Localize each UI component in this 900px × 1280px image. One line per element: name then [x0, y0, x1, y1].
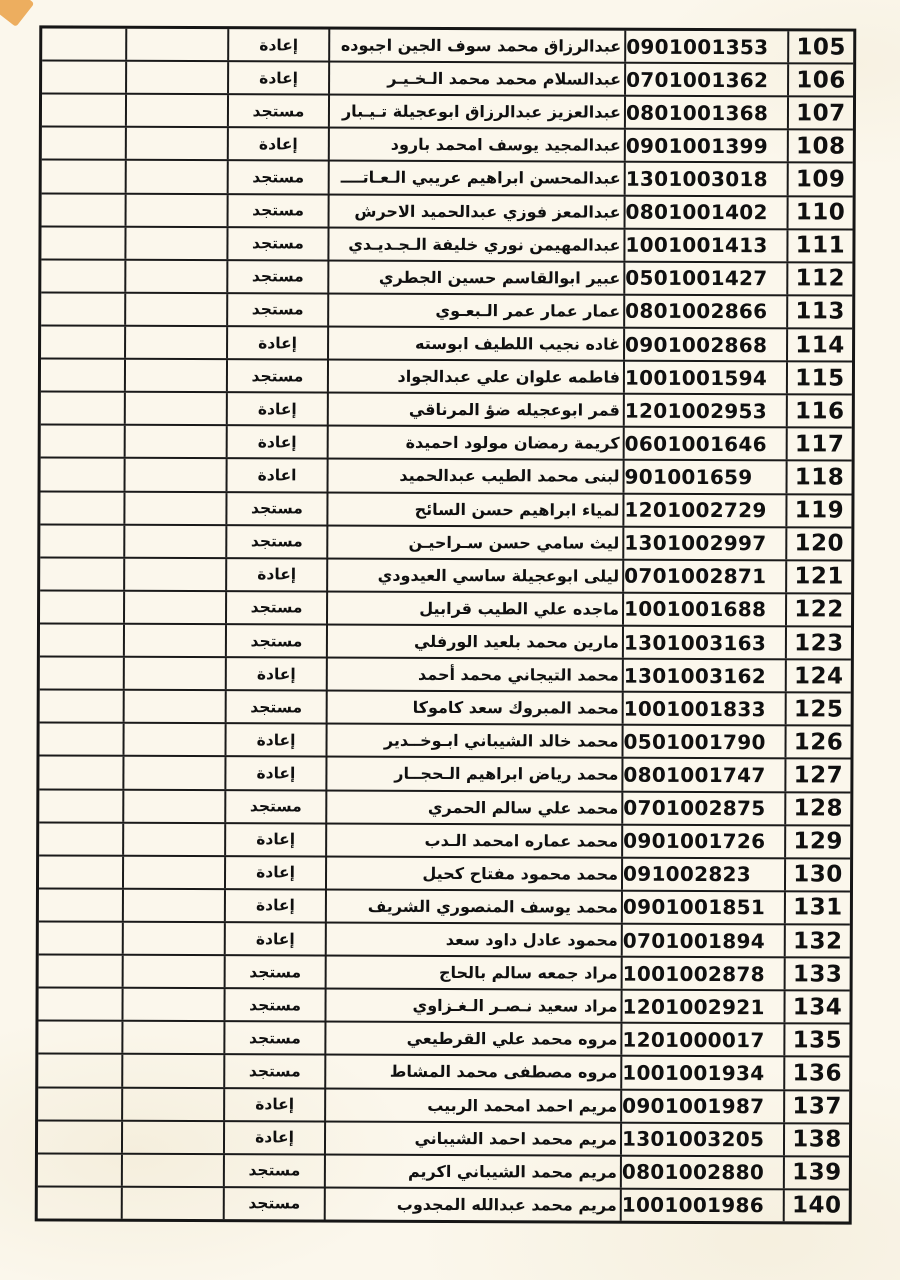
- empty-cell: [38, 1055, 121, 1086]
- status-cell: إعادة: [224, 758, 325, 789]
- id-number-cell: 0901001399: [624, 130, 787, 162]
- empty-cell: [125, 95, 227, 127]
- serial-number-cell: 131: [784, 892, 850, 923]
- empty-cell: [124, 426, 226, 458]
- empty-cell: [39, 790, 122, 821]
- name-cell: عبدالمجيد يوسف امحمد بارود: [328, 129, 624, 161]
- empty-cell: [41, 393, 124, 424]
- empty-cell: [121, 1022, 223, 1054]
- id-number-cell: 0701002875: [621, 792, 784, 824]
- empty-cell: [41, 360, 124, 391]
- serial-number-cell: 138: [783, 1124, 849, 1155]
- name-cell: محمود عادل داود سعد: [325, 923, 621, 955]
- table-row: 140 1001001986 مريم محمد عبدالله المجدوب…: [38, 1187, 849, 1221]
- table-row: 120 1301002997 ليث سامي حسن سـراحيـن مست…: [40, 525, 851, 561]
- name-cell: مروه مصطفى محمد المشاط: [324, 1056, 620, 1088]
- empty-cell: [38, 1121, 121, 1152]
- name-cell: عبدالمهيمن نوري خليفة الـجـديـدي: [327, 228, 623, 260]
- status-cell: إعادة: [226, 393, 327, 424]
- table-row: 137 0901001987 مريم احمد امحمد الربيب إع…: [38, 1088, 849, 1124]
- empty-cell: [125, 161, 227, 193]
- id-number-cell: 1201002953: [623, 395, 786, 427]
- table-row: 110 0801001402 عبدالمعز فوزي عبدالحميد ا…: [42, 194, 853, 230]
- name-cell: محمد عماره امحمد الـدب: [325, 824, 621, 856]
- table-row: 112 0501001427 عبير ابوالقاسم حسين الجطر…: [41, 260, 852, 296]
- serial-number-cell: 120: [785, 528, 851, 559]
- table-row: 107 0801001368 عبدالعزيز عبدالرزاق ابوعج…: [42, 95, 853, 131]
- empty-cell: [40, 525, 123, 556]
- table-row: 130 091002823 محمد محمود مفتاح كحيل إعاد…: [39, 856, 850, 892]
- name-cell: عبير ابوالقاسم حسين الجطري: [327, 261, 623, 293]
- status-cell: مستجد: [223, 1056, 324, 1087]
- id-number-cell: 1201000017: [620, 1024, 783, 1056]
- name-cell: محمد رياض ابراهيم الـحجــار: [325, 758, 621, 790]
- serial-number-cell: 107: [787, 98, 853, 129]
- id-number-cell: 091002823: [621, 858, 784, 890]
- status-cell: مستجد: [223, 1155, 324, 1186]
- serial-number-cell: 134: [783, 991, 849, 1022]
- serial-number-cell: 124: [785, 660, 851, 691]
- empty-cell: [39, 856, 122, 887]
- empty-cell: [39, 724, 122, 755]
- name-cell: مروه محمد علي القرطيعي: [324, 1023, 620, 1055]
- serial-number-cell: 129: [784, 826, 850, 857]
- id-number-cell: 1001001934: [620, 1057, 783, 1089]
- status-cell: إعادة: [224, 724, 325, 755]
- table-row: 111 1001001413 عبدالمهيمن نوري خليفة الـ…: [41, 227, 852, 263]
- name-cell: قمر ابوعجيله ضؤ المرناقي: [327, 394, 623, 426]
- id-number-cell: 1001001833: [622, 693, 785, 725]
- serial-number-cell: 130: [784, 859, 850, 890]
- empty-cell: [121, 1055, 223, 1087]
- table-row: 121 0701002871 ليلى ابوعجيلة ساسي العيدو…: [40, 558, 851, 594]
- serial-number-cell: 113: [786, 296, 852, 327]
- empty-cell: [123, 492, 225, 524]
- empty-cell: [39, 757, 122, 788]
- status-cell: إعادة: [225, 658, 326, 689]
- serial-number-cell: 133: [784, 958, 850, 989]
- empty-cell: [123, 559, 225, 591]
- status-cell: إعادة: [224, 890, 325, 921]
- serial-number-cell: 135: [783, 1025, 849, 1056]
- empty-cell: [41, 426, 124, 457]
- name-cell: عبدالسلام محمد محمد الـخـيـر: [328, 63, 624, 95]
- id-number-cell: 0801002866: [623, 296, 786, 328]
- id-number-cell: 1001001594: [623, 362, 786, 394]
- serial-number-cell: 127: [784, 760, 850, 791]
- serial-number-cell: 109: [787, 164, 853, 195]
- id-number-cell: 1001001986: [620, 1190, 783, 1222]
- status-cell: مستجد: [226, 360, 327, 391]
- status-cell: إعادة: [224, 824, 325, 855]
- table-row: 127 0801001747 محمد رياض ابراهيم الـحجــ…: [39, 757, 850, 793]
- serial-number-cell: 108: [787, 131, 853, 162]
- table-row: 128 0701002875 محمد علي سالم الحمري مستج…: [39, 790, 850, 826]
- id-number-cell: 0901001987: [620, 1090, 783, 1122]
- name-cell: محمد علي سالم الحمري: [325, 791, 621, 823]
- status-cell: مستجد: [226, 261, 327, 292]
- empty-cell: [122, 856, 224, 888]
- table-row: 109 1301003018 عبدالمحسن ابراهيم عريبي ا…: [42, 161, 853, 197]
- table-row: 139 0801002880 مريم محمد الشيباني اكريم …: [38, 1154, 849, 1190]
- status-cell: إعادة: [225, 559, 326, 590]
- empty-cell: [41, 293, 124, 324]
- id-number-cell: 1301003018: [624, 163, 787, 195]
- status-cell: مستجد: [225, 493, 326, 524]
- serial-number-cell: 117: [786, 429, 852, 460]
- table-row: 105 0901001353 عبدالرزاق محمد سوف الجين …: [42, 28, 853, 64]
- name-cell: مريم احمد امحمد الربيب: [324, 1089, 620, 1121]
- id-number-cell: 0501001427: [623, 262, 786, 294]
- empty-cell: [40, 691, 123, 722]
- status-cell: إعادة: [224, 923, 325, 954]
- serial-number-cell: 114: [786, 329, 852, 360]
- status-cell: مستجد: [226, 228, 327, 259]
- name-cell: غاده نجيب اللطيف ابوسته: [327, 328, 623, 360]
- status-cell: مستجد: [224, 791, 325, 822]
- table-row: 115 1001001594 فاطمه علوان علي عبدالجواد…: [41, 360, 852, 396]
- name-cell: مريم محمد الشيباني اكريم: [324, 1155, 620, 1187]
- empty-cell: [122, 823, 224, 855]
- serial-number-cell: 140: [783, 1190, 849, 1221]
- empty-cell: [122, 790, 224, 822]
- name-cell: محمد التيجاني محمد أحمد: [326, 659, 622, 691]
- empty-cell: [42, 62, 125, 93]
- serial-number-cell: 137: [783, 1091, 849, 1122]
- id-number-cell: 1301003162: [622, 660, 785, 692]
- status-cell: إعادة: [226, 327, 327, 358]
- serial-number-cell: 116: [786, 396, 852, 427]
- empty-cell: [124, 327, 226, 359]
- name-cell: عبدالمحسن ابراهيم عريبي الـعـاتــــ: [328, 162, 624, 194]
- empty-cell: [123, 658, 225, 690]
- empty-cell: [124, 261, 226, 293]
- status-cell: إعادة: [223, 1089, 324, 1120]
- name-cell: عبدالعزيز عبدالرزاق ابوعجيلة تـيـبار: [328, 96, 624, 128]
- empty-cell: [41, 459, 124, 490]
- empty-cell: [42, 95, 125, 126]
- empty-cell: [121, 989, 223, 1021]
- serial-number-cell: 121: [785, 561, 851, 592]
- id-number-cell: 1301003205: [620, 1123, 783, 1155]
- id-number-cell: 1001001688: [622, 594, 785, 626]
- id-number-cell: 0701001362: [624, 64, 787, 96]
- table-row: 119 1201002729 لمياء ابراهيم حسن السائح …: [40, 492, 851, 528]
- status-cell: مستجد: [227, 162, 328, 193]
- status-cell: مستجد: [223, 989, 324, 1020]
- name-cell: عبدالرزاق محمد سوف الجين اجبوده: [328, 30, 624, 62]
- table-row: 129 0901001726 محمد عماره امحمد الـدب إع…: [39, 823, 850, 859]
- empty-cell: [123, 625, 225, 657]
- id-number-cell: 1201002729: [622, 494, 785, 526]
- table-row: 138 1301003205 مريم محمد احمد الشيباني إ…: [38, 1121, 849, 1157]
- name-cell: عمار عمار عمر الـبعـوي: [327, 294, 623, 326]
- serial-number-cell: 122: [785, 594, 851, 625]
- id-number-cell: 0901001353: [624, 31, 787, 63]
- empty-cell: [38, 989, 121, 1020]
- serial-number-cell: 111: [786, 230, 852, 261]
- empty-cell: [41, 227, 124, 258]
- id-number-cell: 1301003163: [622, 627, 785, 659]
- name-cell: لمياء ابراهيم حسن السائح: [326, 493, 622, 525]
- empty-cell: [38, 1022, 121, 1053]
- empty-cell: [124, 294, 226, 326]
- serial-number-cell: 115: [786, 362, 852, 393]
- empty-cell: [38, 1088, 121, 1119]
- name-cell: محمد المبروك سعد كاموكا: [326, 692, 622, 724]
- name-cell: محمد يوسف المنصوري الشريف: [325, 890, 621, 922]
- empty-cell: [41, 326, 124, 357]
- table-row: 134 1201002921 مراد سعيد نـصـر الـغـزاوي…: [38, 989, 849, 1025]
- empty-cell: [40, 558, 123, 589]
- serial-number-cell: 132: [784, 925, 850, 956]
- name-cell: ليلى ابوعجيلة ساسي العيدودي: [326, 559, 622, 591]
- empty-cell: [40, 591, 123, 622]
- empty-cell: [39, 956, 122, 987]
- name-cell: كريمة رمضان مولود احميدة: [327, 427, 623, 459]
- status-cell: إعادة: [224, 857, 325, 888]
- serial-number-cell: 136: [783, 1058, 849, 1089]
- table-row: 131 0901001851 محمد يوسف المنصوري الشريف…: [39, 889, 850, 925]
- empty-cell: [121, 1088, 223, 1120]
- id-number-cell: 1301002997: [622, 527, 785, 559]
- student-list-table: 105 0901001353 عبدالرزاق محمد سوف الجين …: [35, 25, 857, 1224]
- empty-cell: [125, 29, 227, 61]
- serial-number-cell: 123: [785, 627, 851, 658]
- id-number-cell: 0501001790: [621, 726, 784, 758]
- status-cell: مستجد: [225, 592, 326, 623]
- empty-cell: [124, 393, 226, 425]
- id-number-cell: 0701002871: [622, 560, 785, 592]
- table-row: 122 1001001688 ماجده علي الطيب قرابيل مس…: [40, 591, 851, 627]
- empty-cell: [122, 923, 224, 955]
- id-number-cell: 0801002880: [620, 1156, 783, 1188]
- table-row: 135 1201000017 مروه محمد علي القرطيعي مس…: [38, 1022, 849, 1058]
- table-row: 126 0501001790 محمد خالد الشيباني ابـوخـ…: [39, 724, 850, 760]
- empty-cell: [121, 1188, 223, 1220]
- empty-cell: [39, 922, 122, 953]
- status-cell: مستجد: [224, 956, 325, 987]
- empty-cell: [41, 260, 124, 291]
- table-row: 114 0901002868 غاده نجيب اللطيف ابوسته إ…: [41, 326, 852, 362]
- status-cell: مستجد: [225, 691, 326, 722]
- name-cell: ليث سامي حسن سـراحيـن: [326, 526, 622, 558]
- status-cell: اعادة: [226, 460, 327, 491]
- table-row: 113 0801002866 عمار عمار عمر الـبعـوي مس…: [41, 293, 852, 329]
- table-row: 132 0701001894 محمود عادل داود سعد إعادة: [39, 922, 850, 958]
- empty-cell: [124, 360, 226, 392]
- empty-cell: [122, 724, 224, 756]
- name-cell: لبنى محمد الطيب عبدالحميد: [327, 460, 623, 492]
- table-row: 106 0701001362 عبدالسلام محمد محمد الـخـ…: [42, 62, 853, 98]
- empty-cell: [125, 128, 227, 160]
- id-number-cell: 0801001402: [624, 196, 787, 228]
- empty-cell: [123, 691, 225, 723]
- id-number-cell: 1001002878: [621, 958, 784, 990]
- table-row: 136 1001001934 مروه مصطفى محمد المشاط مس…: [38, 1055, 849, 1091]
- id-number-cell: 0901001726: [621, 825, 784, 857]
- empty-cell: [42, 128, 125, 159]
- name-cell: مراد جمعه سالم بالحاج: [325, 957, 621, 989]
- id-number-cell: 0901001851: [621, 892, 784, 924]
- serial-number-cell: 118: [786, 462, 852, 493]
- status-cell: مستجد: [225, 526, 326, 557]
- empty-cell: [42, 28, 125, 59]
- name-cell: فاطمه علوان علي عبدالجواد: [327, 361, 623, 393]
- empty-cell: [122, 757, 224, 789]
- name-cell: مريم محمد احمد الشيباني: [324, 1122, 620, 1154]
- id-number-cell: 0901002868: [623, 329, 786, 361]
- table-row: 117 0601001646 كريمة رمضان مولود احميدة …: [41, 426, 852, 462]
- serial-number-cell: 139: [783, 1157, 849, 1188]
- serial-number-cell: 128: [784, 793, 850, 824]
- table-row: 116 1201002953 قمر ابوعجيله ضؤ المرناقي …: [41, 393, 852, 429]
- id-number-cell: 1201002921: [620, 991, 783, 1023]
- id-number-cell: 0701001894: [621, 925, 784, 957]
- serial-number-cell: 105: [787, 31, 853, 62]
- status-cell: مستجد: [227, 195, 328, 226]
- serial-number-cell: 110: [787, 197, 853, 228]
- status-cell: مستجد: [223, 1022, 324, 1053]
- id-number-cell: 0801001368: [624, 97, 787, 129]
- serial-number-cell: 106: [787, 64, 853, 95]
- empty-cell: [38, 1187, 121, 1218]
- id-number-cell: 901001659: [623, 461, 786, 493]
- status-cell: إعادة: [223, 1122, 324, 1153]
- status-cell: إعادة: [227, 62, 328, 93]
- empty-cell: [40, 624, 123, 655]
- empty-cell: [123, 525, 225, 557]
- status-cell: مستجد: [223, 1188, 324, 1219]
- empty-cell: [42, 194, 125, 225]
- empty-cell: [124, 459, 226, 491]
- empty-cell: [38, 1154, 121, 1185]
- status-cell: إعادة: [227, 128, 328, 159]
- empty-cell: [125, 194, 227, 226]
- empty-cell: [121, 1154, 223, 1186]
- name-cell: عبدالمعز فوزي عبدالحميد الاحرش: [328, 195, 624, 227]
- name-cell: ماجده علي الطيب قرابيل: [326, 592, 622, 624]
- name-cell: محمد محمود مفتاح كحيل: [325, 857, 621, 889]
- id-number-cell: 0601001646: [623, 428, 786, 460]
- empty-cell: [125, 62, 227, 94]
- status-cell: مستجد: [227, 95, 328, 126]
- serial-number-cell: 119: [785, 495, 851, 526]
- table-row: 125 1001001833 محمد المبروك سعد كاموكا م…: [40, 691, 851, 727]
- empty-cell: [122, 890, 224, 922]
- table-row: 124 1301003162 محمد التيجاني محمد أحمد إ…: [40, 658, 851, 694]
- status-cell: إعادة: [227, 29, 328, 60]
- empty-cell: [122, 956, 224, 988]
- name-cell: مراد سعيد نـصـر الـغـزاوي: [324, 990, 620, 1022]
- table-row: 133 1001002878 مراد جمعه سالم بالحاج مست…: [39, 956, 850, 992]
- table-row: 123 1301003163 مارين محمد بلعيد الورفلي …: [40, 624, 851, 660]
- id-number-cell: 1001001413: [623, 229, 786, 261]
- status-cell: مستجد: [225, 625, 326, 656]
- status-cell: إعادة: [226, 426, 327, 457]
- serial-number-cell: 126: [784, 727, 850, 758]
- empty-cell: [124, 227, 226, 259]
- serial-number-cell: 112: [786, 263, 852, 294]
- table-row: 108 0901001399 عبدالمجيد يوسف امحمد بارو…: [42, 128, 853, 164]
- table-row: 118 901001659 لبنى محمد الطيب عبدالحميد …: [41, 459, 852, 495]
- name-cell: محمد خالد الشيباني ابـوخــدير: [325, 725, 621, 757]
- id-number-cell: 0801001747: [621, 759, 784, 791]
- status-cell: مستجد: [226, 294, 327, 325]
- name-cell: مريم محمد عبدالله المجدوب: [324, 1188, 620, 1220]
- empty-cell: [40, 492, 123, 523]
- serial-number-cell: 125: [785, 693, 851, 724]
- name-cell: مارين محمد بلعيد الورفلي: [326, 626, 622, 658]
- empty-cell: [39, 823, 122, 854]
- empty-cell: [42, 161, 125, 192]
- empty-cell: [121, 1121, 223, 1153]
- empty-cell: [123, 592, 225, 624]
- empty-cell: [40, 658, 123, 689]
- empty-cell: [39, 889, 122, 920]
